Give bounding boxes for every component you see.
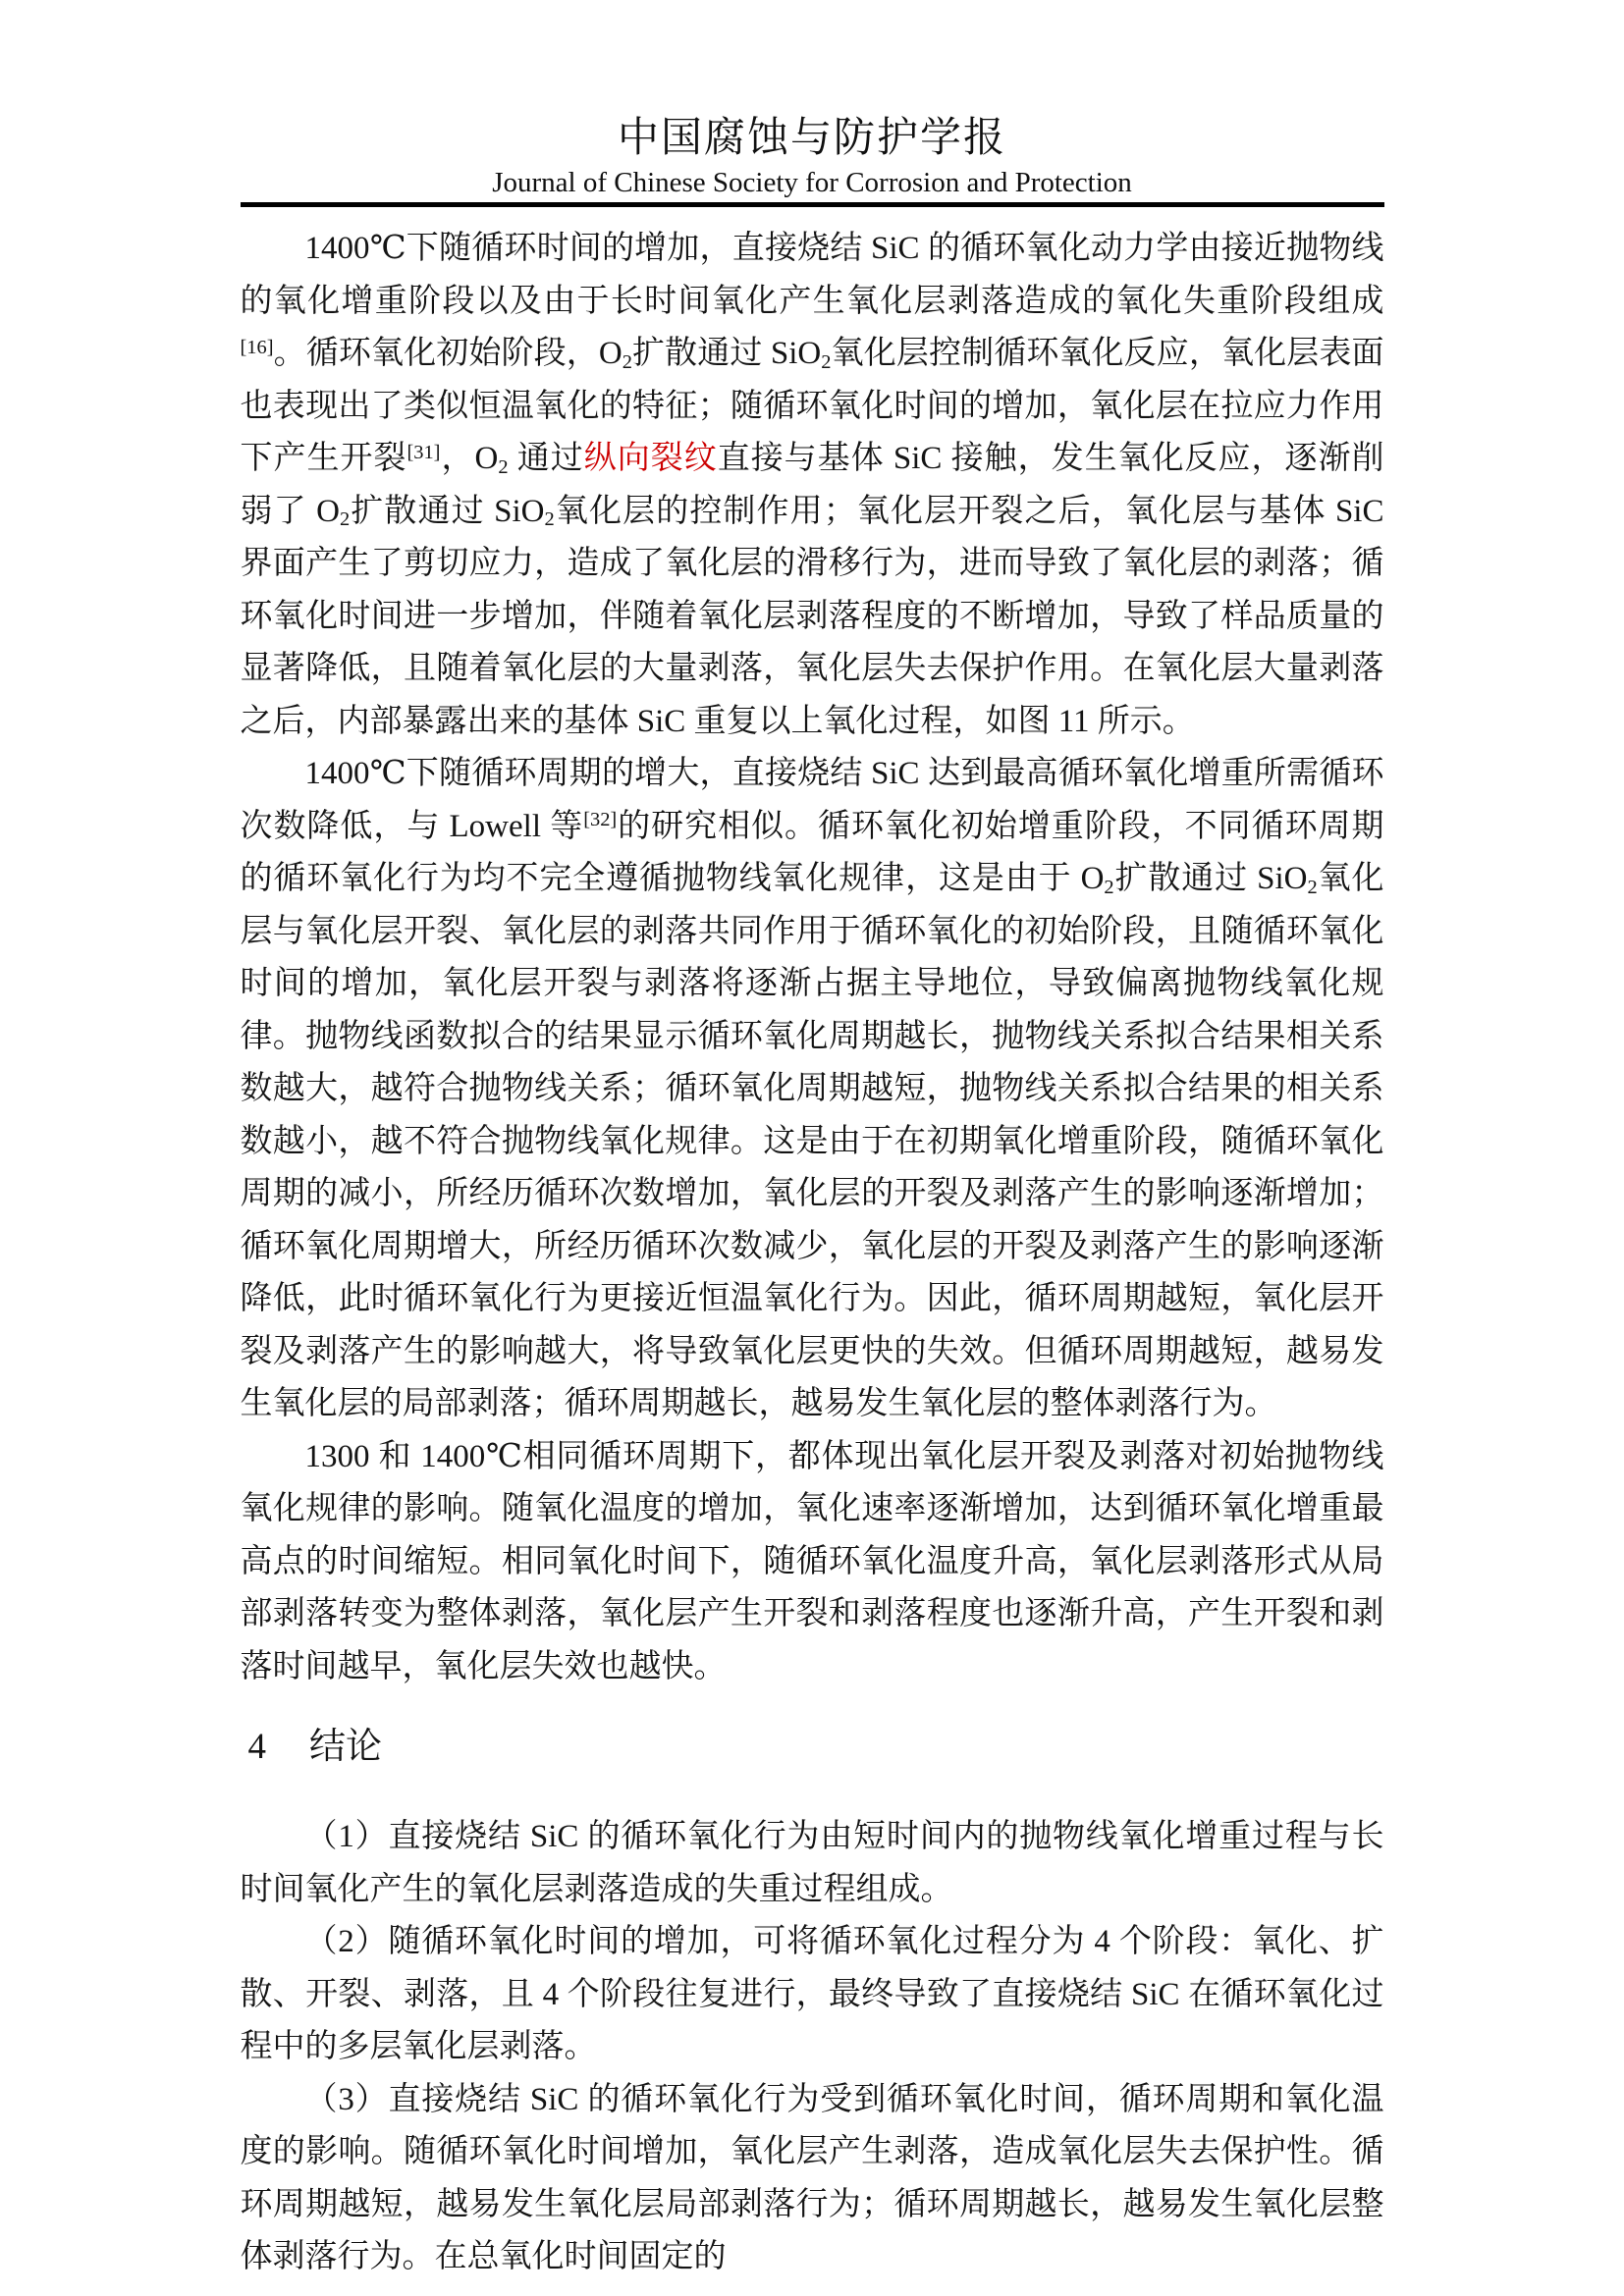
conclusion-paragraph: （3）直接烧结 SiC 的循环氧化行为受到循环氧化时间，循环周期和氧化温度的影响… bbox=[241, 2074, 1384, 2284]
chemical-subscript: 2 bbox=[498, 456, 508, 478]
page-content: 中国腐蚀与防护学报 Journal of Chinese Society for… bbox=[241, 0, 1384, 2284]
header-rule bbox=[241, 202, 1384, 207]
text-run: ，O bbox=[441, 441, 499, 476]
text-run: 扩散通过 SiO bbox=[1114, 861, 1308, 896]
text-run: 氧化层的控制作用；氧化层开裂之后，氧化层与基体 SiC 界面产生了剪切应力，造成… bbox=[241, 494, 1384, 739]
citation-superscript: [32] bbox=[583, 809, 617, 830]
conclusion-paragraph: （1）直接烧结 SiC 的循环氧化行为由短时间内的抛物线氧化增重过程与长时间氧化… bbox=[241, 1811, 1384, 1916]
chemical-subscript: 2 bbox=[340, 508, 350, 530]
conclusion-paragraph: （2）随循环氧化时间的增加，可将循环氧化过程分为 4 个阶段：氧化、扩散、开裂、… bbox=[241, 1916, 1384, 2074]
body-paragraph: 1400℃下随循环周期的增大，直接烧结 SiC 达到最高循环氧化增重所需循环次数… bbox=[241, 748, 1384, 1431]
citation-superscript: [16] bbox=[241, 337, 274, 358]
text-run: 扩散通过 SiO bbox=[632, 336, 821, 371]
text-run: 1300 和 1400℃相同循环周期下，都体现出氧化层开裂及剥落对初始抛物线氧化… bbox=[241, 1439, 1384, 1684]
discussion-section: 1400℃下随循环时间的增加，直接烧结 SiC 的循环氧化动力学由接近抛物线的氧… bbox=[241, 223, 1384, 1693]
article-body: 1400℃下随循环时间的增加，直接烧结 SiC 的循环氧化动力学由接近抛物线的氧… bbox=[241, 223, 1384, 2284]
text-run: （1）直接烧结 SiC 的循环氧化行为由短时间内的抛物线氧化增重过程与长时间氧化… bbox=[241, 1819, 1384, 1907]
journal-title-english: Journal of Chinese Society for Corrosion… bbox=[241, 167, 1384, 199]
body-paragraph: 1400℃下随循环时间的增加，直接烧结 SiC 的循环氧化动力学由接近抛物线的氧… bbox=[241, 223, 1384, 748]
conclusions-section: （1）直接烧结 SiC 的循环氧化行为由短时间内的抛物线氧化增重过程与长时间氧化… bbox=[241, 1811, 1384, 2284]
text-run: （3）直接烧结 SiC 的循环氧化行为受到循环氧化时间，循环周期和氧化温度的影响… bbox=[241, 2082, 1384, 2275]
highlighted-text: 纵向裂纹 bbox=[584, 441, 718, 476]
section-title: 结论 bbox=[309, 1727, 382, 1767]
text-run: 1400℃下随循环时间的增加，直接烧结 SiC 的循环氧化动力学由接近抛物线的氧… bbox=[241, 231, 1384, 319]
text-run: 通过 bbox=[509, 441, 584, 476]
text-run: 。循环氧化初始阶段，O bbox=[274, 336, 623, 371]
text-run: 扩散通过 SiO bbox=[350, 494, 544, 529]
chemical-subscript: 2 bbox=[1308, 877, 1318, 898]
section-number: 4 bbox=[248, 1727, 267, 1767]
section-heading: 4结论 bbox=[241, 1725, 1384, 1770]
text-run: （2）随循环氧化时间的增加，可将循环氧化过程分为 4 个阶段：氧化、扩散、开裂、… bbox=[241, 1924, 1384, 2064]
body-paragraph: 1300 和 1400℃相同循环周期下，都体现出氧化层开裂及剥落对初始抛物线氧化… bbox=[241, 1431, 1384, 1694]
chemical-subscript: 2 bbox=[1104, 877, 1113, 898]
text-run: 氧化层与氧化层开裂、氧化层的剥落共同作用于循环氧化的初始阶段，且随循环氧化时间的… bbox=[241, 861, 1384, 1421]
citation-superscript: [31] bbox=[406, 442, 440, 463]
chemical-subscript: 2 bbox=[545, 508, 555, 530]
chemical-subscript: 2 bbox=[623, 351, 632, 373]
scanned-paper-page: { "header": { "title_cn": "中国腐蚀与防护学报", "… bbox=[0, 0, 1624, 2296]
journal-header: 中国腐蚀与防护学报 Journal of Chinese Society for… bbox=[241, 0, 1384, 207]
journal-title-chinese: 中国腐蚀与防护学报 bbox=[241, 114, 1384, 163]
chemical-subscript: 2 bbox=[821, 351, 831, 373]
